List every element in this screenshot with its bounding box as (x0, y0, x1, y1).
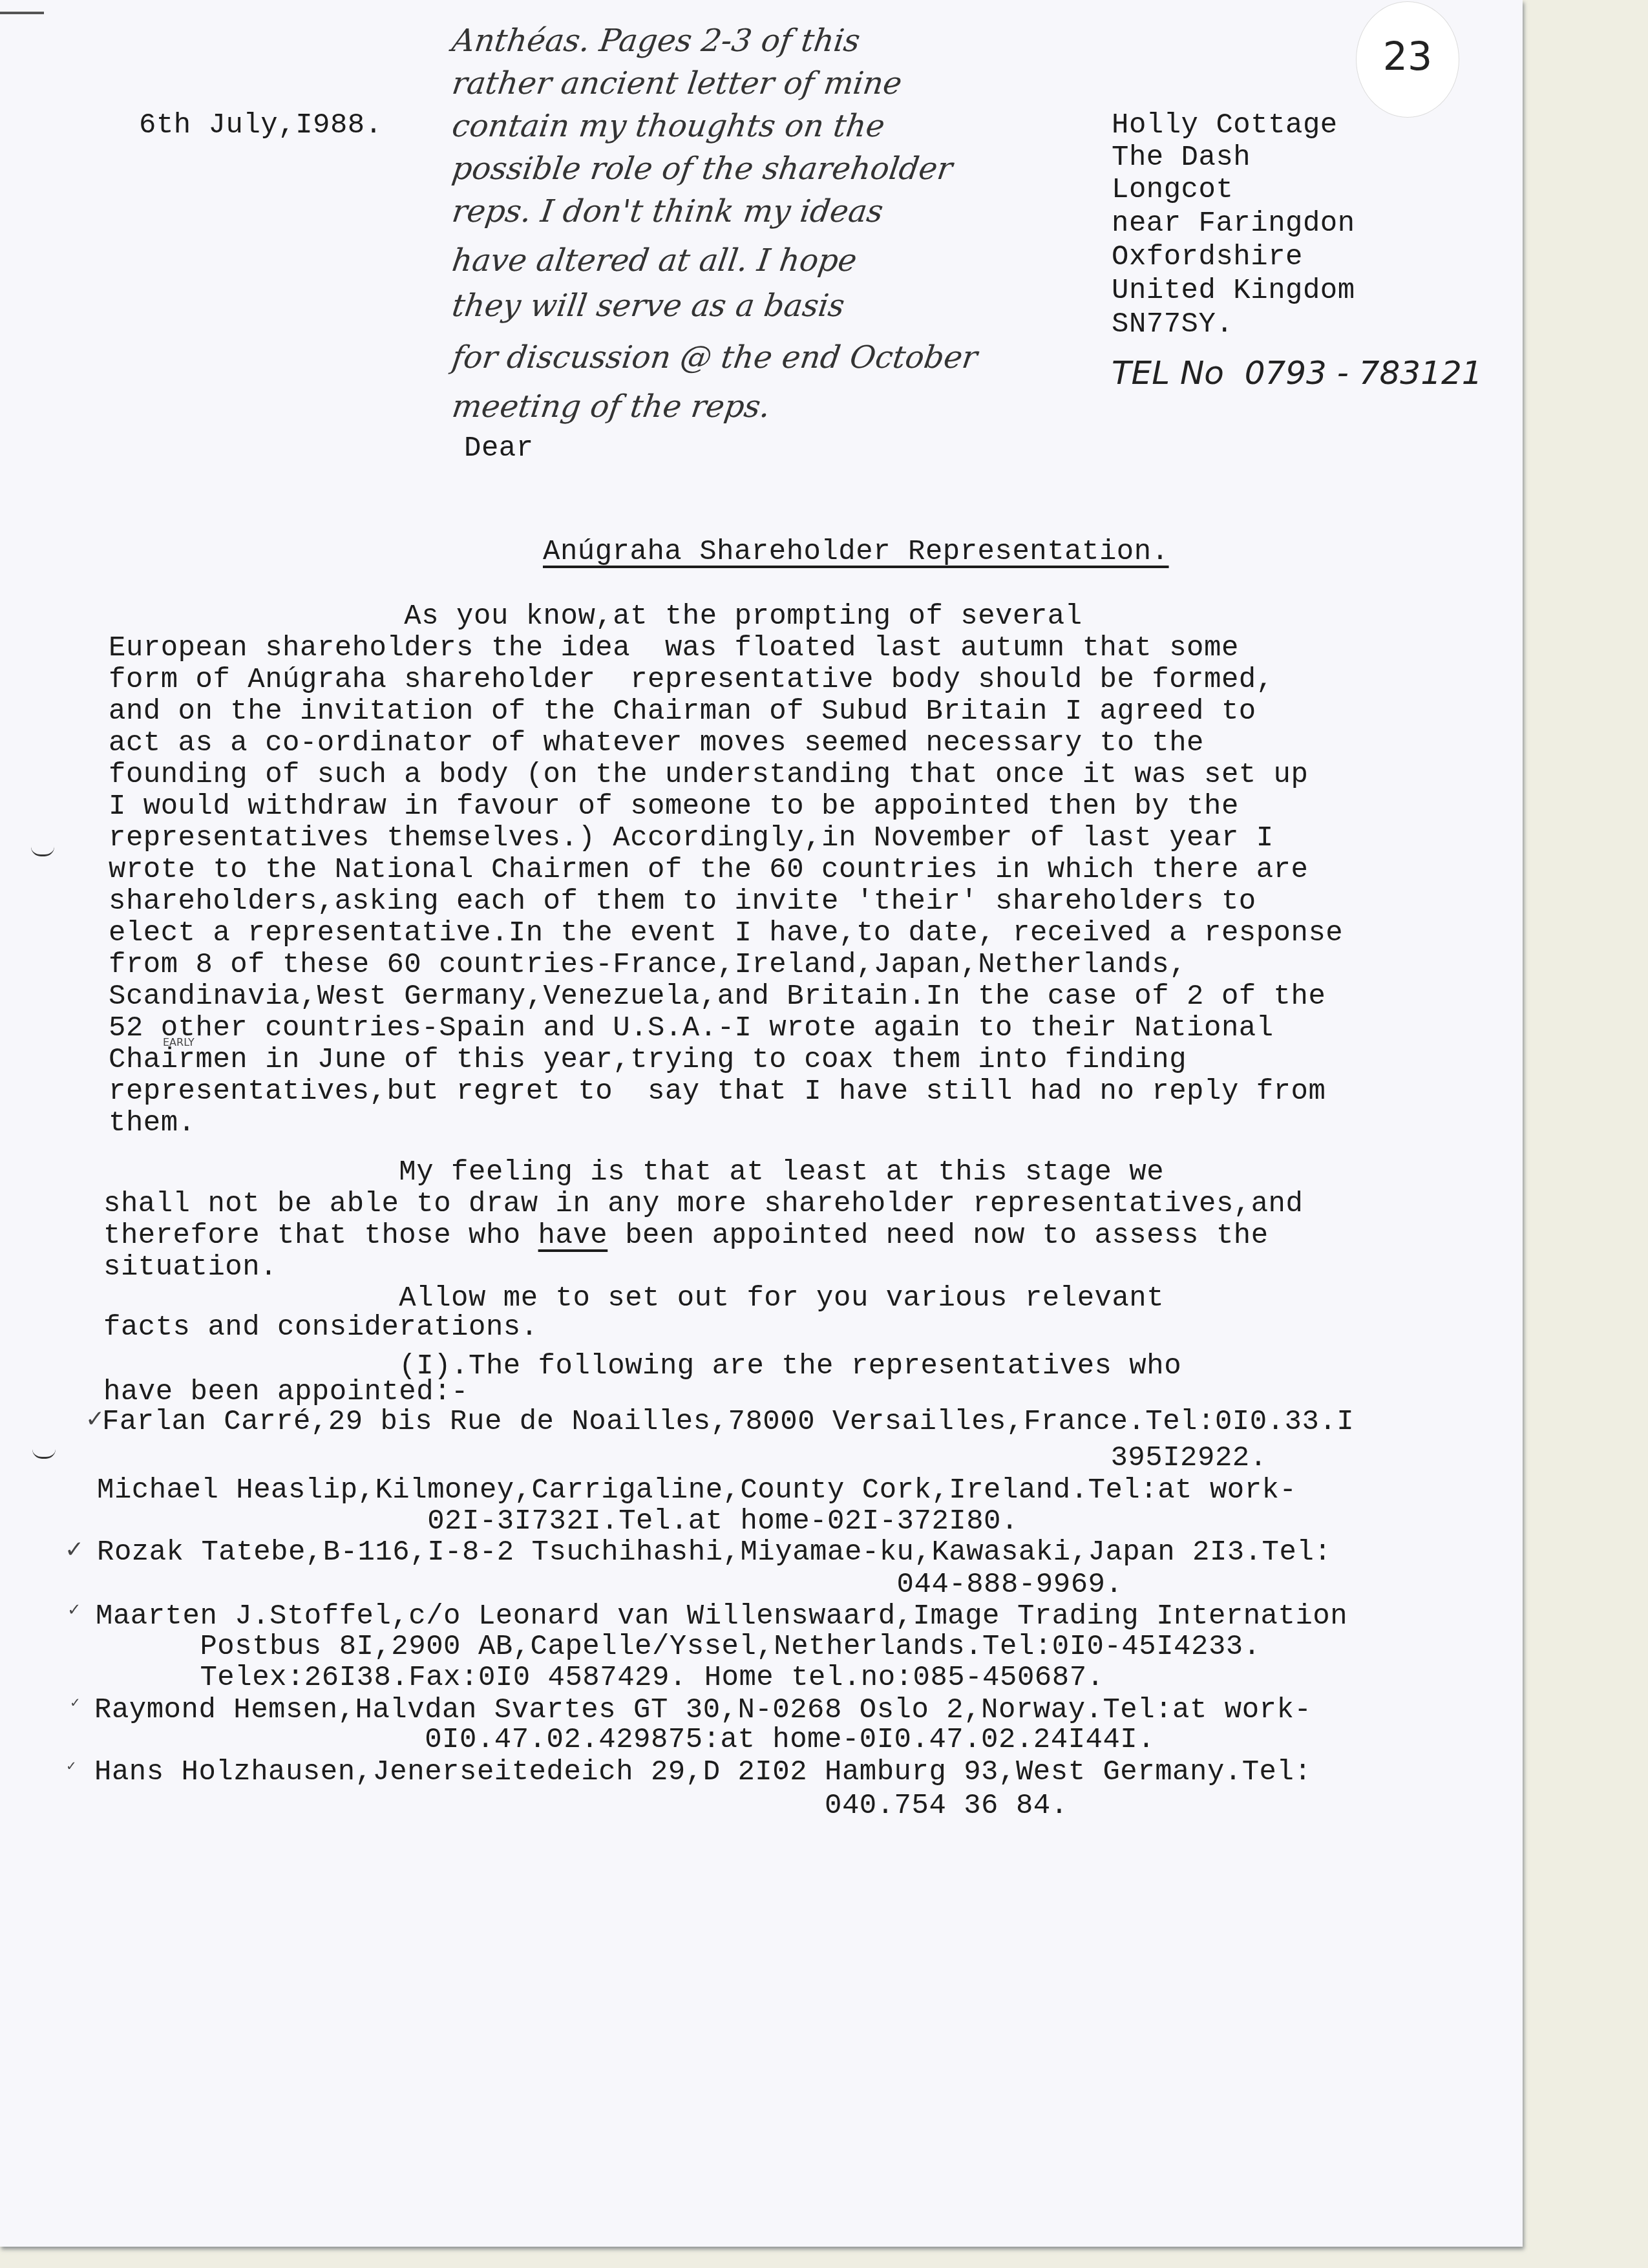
text-line: Michael Heaslip,Kilmoney,Carrigaline,Cou… (97, 1475, 1296, 1507)
note-line: have altered at all. I hope (449, 239, 860, 282)
page-number: 23 (1357, 34, 1459, 79)
note-line: they will serve as a basis (449, 284, 847, 327)
text-line: them. (109, 1108, 196, 1139)
text-line: act as a co-ordinator of whatever moves … (109, 728, 1204, 759)
check-mark-icon: ✓ (65, 1536, 84, 1563)
text-line: 395I2922. (102, 1443, 1267, 1474)
text-line: situation. (103, 1252, 277, 1284)
emphasis-have: have (538, 1220, 608, 1252)
letter-page: 23 6th July,I988. Anthéas. Pages 2-3 of … (0, 0, 1523, 2247)
text-line: Rozak Tatebe,B-116,I-8-2 Tsuchihashi,Miy… (97, 1537, 1331, 1569)
address-line: near Faringdon (1112, 208, 1355, 240)
address-line: Holly Cottage (1112, 110, 1338, 142)
note-line: contain my thoughts on the (449, 105, 887, 147)
note-line: rather ancient letter of mine (449, 62, 904, 105)
text-line: Hans Holzhausen,Jenerseitedeich 29,D 2I0… (94, 1757, 1311, 1788)
punch-mark (0, 12, 44, 14)
text-line: Telex:26I38.Fax:0I0 4587429. Home tel.no… (96, 1662, 1104, 1694)
handwritten-insert: EARLY (163, 1036, 195, 1048)
text-line: representatives themselves.) Accordingly… (109, 823, 1274, 854)
text-line: elect a representative.In the event I ha… (109, 918, 1343, 949)
text-line: Allow me to set out for you various rele… (103, 1283, 1164, 1315)
text-line: Farlan Carré,29 bis Rue de Noailles,7800… (102, 1406, 1354, 1438)
letter-title: Anúgraha Shareholder Representation. (543, 536, 1169, 568)
text-line: wrote to the National Chairmen of the 60… (109, 854, 1308, 886)
text-line: 044-888-9969. (97, 1569, 1123, 1601)
page-number-sticker: 23 (1356, 1, 1459, 118)
address-line: United Kingdom (1112, 275, 1355, 307)
text-line: shall not be able to draw in any more sh… (103, 1189, 1303, 1220)
note-line: Anthéas. Pages 2-3 of this (449, 19, 863, 62)
text-line: Raymond Hemsen,Halvdan Svartes GT 30,N-0… (94, 1695, 1311, 1726)
text-line: Chairmen in June of this year,trying to … (109, 1044, 1187, 1076)
text-line: 02I-3I732I.Tel.at home-02I-372I80. (97, 1506, 1019, 1538)
text-line: facts and considerations. (103, 1312, 538, 1344)
text-line: 040.754 36 84. (94, 1790, 1068, 1822)
salutation: Dear (464, 433, 534, 465)
text-line: form of Anúgraha shareholder representat… (109, 664, 1274, 696)
note-line: possible role of the shareholder (449, 147, 955, 190)
margin-bracket-mark (31, 847, 54, 856)
letter-date: 6th July,I988. (139, 110, 383, 142)
address-line: SN77SY. (1112, 309, 1233, 341)
text-line: 52 other countries-Spain and U.S.A.-I wr… (109, 1013, 1274, 1044)
margin-bracket-mark (32, 1449, 56, 1459)
text-line: 0I0.47.02.429875:at home-0I0.47.02.24I44… (94, 1724, 1155, 1756)
handwritten-telephone: TEL No 0793 - 783121 (1112, 354, 1483, 392)
text-line: Postbus 8I,2900 AB,Capelle/Yssel,Netherl… (96, 1631, 1261, 1663)
text-line: founding of such a body (on the understa… (109, 759, 1308, 791)
text-line: and on the invitation of the Chairman of… (109, 696, 1256, 728)
note-line: meeting of the reps. (449, 385, 773, 428)
text-line: shareholders,asking each of them to invi… (109, 886, 1256, 918)
address-line: Longcot (1112, 175, 1233, 206)
text-line: Maarten J.Stoffel,c/o Leonard van Willen… (96, 1601, 1347, 1633)
text-line: As you know,at the prompting of several (109, 601, 1083, 633)
check-mark-icon: ✓ (67, 1600, 81, 1620)
text-line: I would withdraw in favour of someone to… (109, 791, 1239, 823)
check-mark-icon: ✓ (70, 1695, 81, 1710)
text-line: European shareholders the idea was float… (109, 633, 1239, 664)
text-line: Scandinavia,West Germany,Venezuela,and B… (109, 981, 1326, 1013)
note-line: for discussion @ the end October (449, 336, 980, 379)
text-line: from 8 of these 60 countries-France,Irel… (109, 949, 1187, 981)
address-line: The Dash (1112, 142, 1251, 174)
text-line: have been appointed:- (103, 1377, 469, 1408)
note-line: reps. I don't think my ideas (449, 190, 885, 233)
text-line: therefore that those who have been appoi… (103, 1220, 1269, 1252)
text-line: representatives,but regret to say that I… (109, 1076, 1326, 1108)
address-line: Oxfordshire (1112, 242, 1303, 273)
text-line: My feeling is that at least at this stag… (103, 1157, 1164, 1189)
check-mark-icon: ✓ (66, 1758, 77, 1774)
